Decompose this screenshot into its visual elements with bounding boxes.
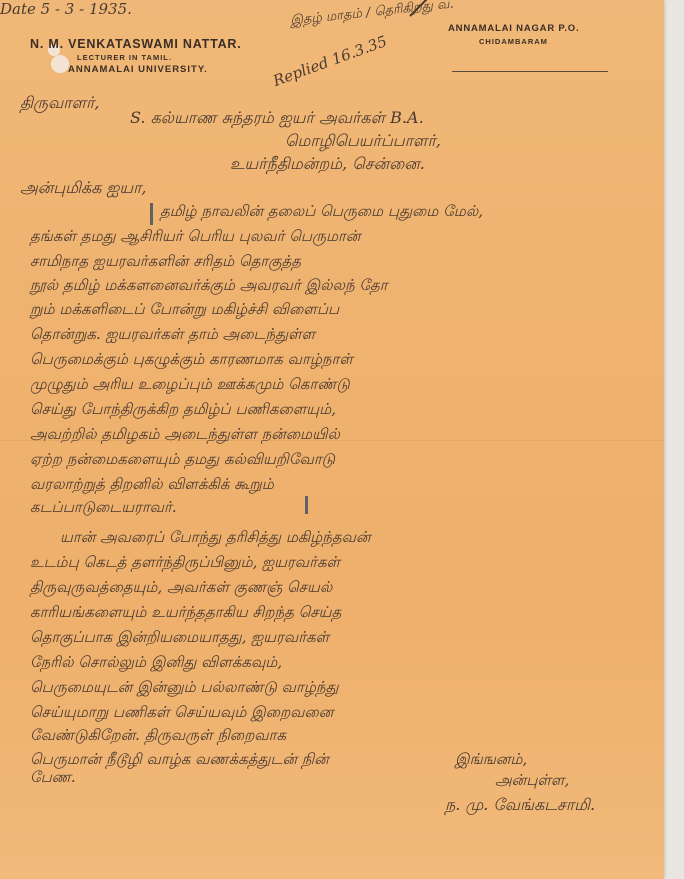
addressee-line1: S. கல்யாண சுந்தரம் ஐயர் அவர்கள் B.A. [130,110,424,125]
letterhead-name: N. M. VENKATASWAMI NATTAR. [30,37,242,51]
body-line: தமிழ் நாவலின் தலைப் பெருமை புதுமை மேல், [160,204,483,219]
letterhead-institution: ANNAMALAI UNIVERSITY. [68,64,208,75]
date-label: Date [0,0,36,18]
body-line: பெருமையுடன் இன்னும் பல்லாண்டு வாழ்ந்து [30,680,339,695]
body-line: யான் அவரைப் போந்து தரிசித்து மகிழ்ந்தவன் [60,530,371,545]
replied-annotation: Replied 16.3.35 [271,32,390,90]
signature: ந. மு. வேங்கடசாமி. [445,797,595,812]
body-line: கடப்பாடுடையராவர். [30,500,177,515]
date-value: 5 - 3 - 1935. [41,0,132,18]
body-line: சாமிநாத ஐயரவர்களின் சரிதம் தொகுத்த [30,254,301,269]
body-line: வேண்டுகிறேன். திருவருள் நிறைவாக [30,728,286,743]
body-line: காரியங்களையும் உயர்ந்ததாகிய சிறந்த செய்த [30,605,341,620]
body-line: பெருமான் நீடூழி வாழ்க வணக்கத்துடன் நின் [30,752,329,767]
body-line: செய்து போந்திருக்கிற தமிழ்ப் பணிகளையும், [30,402,336,417]
body-line: தொன்றுக. ஐயரவர்கள் தாம் அடைந்துள்ள [30,327,315,342]
addressee-line3: உயர்நீதிமன்றம், சென்னை. [230,156,425,171]
body-line: உடம்பு கெடத் தளர்ந்திருப்பினும், ஐயரவர்க… [30,555,340,570]
letter-paper: N. M. VENKATASWAMI NATTAR. LECTURER IN T… [0,0,664,879]
paragraph-mark [305,496,308,514]
body-line: செய்யுமாறு பணிகள் செய்யவும் இறைவனை [30,705,333,720]
paragraph-mark [150,203,153,225]
body-line: றும் மக்களிடைப் போன்று மகிழ்ச்சி விளைப்ப [30,302,339,317]
body-line: நேரில் சொல்லும் இனிது விளக்கவும், [30,655,282,670]
body-line: பேண. [30,770,76,785]
letterhead-post-office: ANNAMALAI NAGAR P.O. [448,23,579,34]
greeting: அன்புமிக்க ஐயா, [20,180,147,195]
body-line: திருவுருவத்தையும், அவர்கள் குணஞ் செயல் [30,580,332,595]
valediction: இங்ஙனம், [455,752,527,767]
letterhead-city: CHIDAMBARAM [479,37,548,46]
letterhead-title: LECTURER IN TAMIL. [77,53,172,62]
punch-hole [51,55,69,73]
addressee-to: திருவாளர், [20,95,100,110]
closing-yours: அன்புள்ள, [495,773,569,788]
body-line: நூல் தமிழ் மக்களனைவர்க்கும் அவரவர் இல்லந… [30,278,388,293]
body-line: தொகுப்பாக இன்றியமையாதது, ஐயரவர்கள் [30,630,329,645]
body-line: முழுதும் அரிய உழைப்பும் ஊக்கமும் கொண்டு [30,377,350,392]
body-line: பெருமைக்கும் புகழுக்கும் காரணமாக வாழ்நாள… [30,352,353,367]
body-line: தங்கள் தமது ஆசிரியர் பெரிய புலவர் பெருமா… [30,229,360,244]
date-underline [452,71,608,72]
body-line: அவற்றில் தமிழகம் அடைந்துள்ள நன்மையில் [30,427,340,442]
body-line: ஏற்ற நன்மைகளையும் தமது கல்வியறிவோடு [30,452,335,467]
addressee-line2: மொழிபெயர்ப்பாளர், [285,133,441,148]
body-line: வரலாற்றுத் திறனில் விளக்கிக் கூறும் [30,477,274,492]
